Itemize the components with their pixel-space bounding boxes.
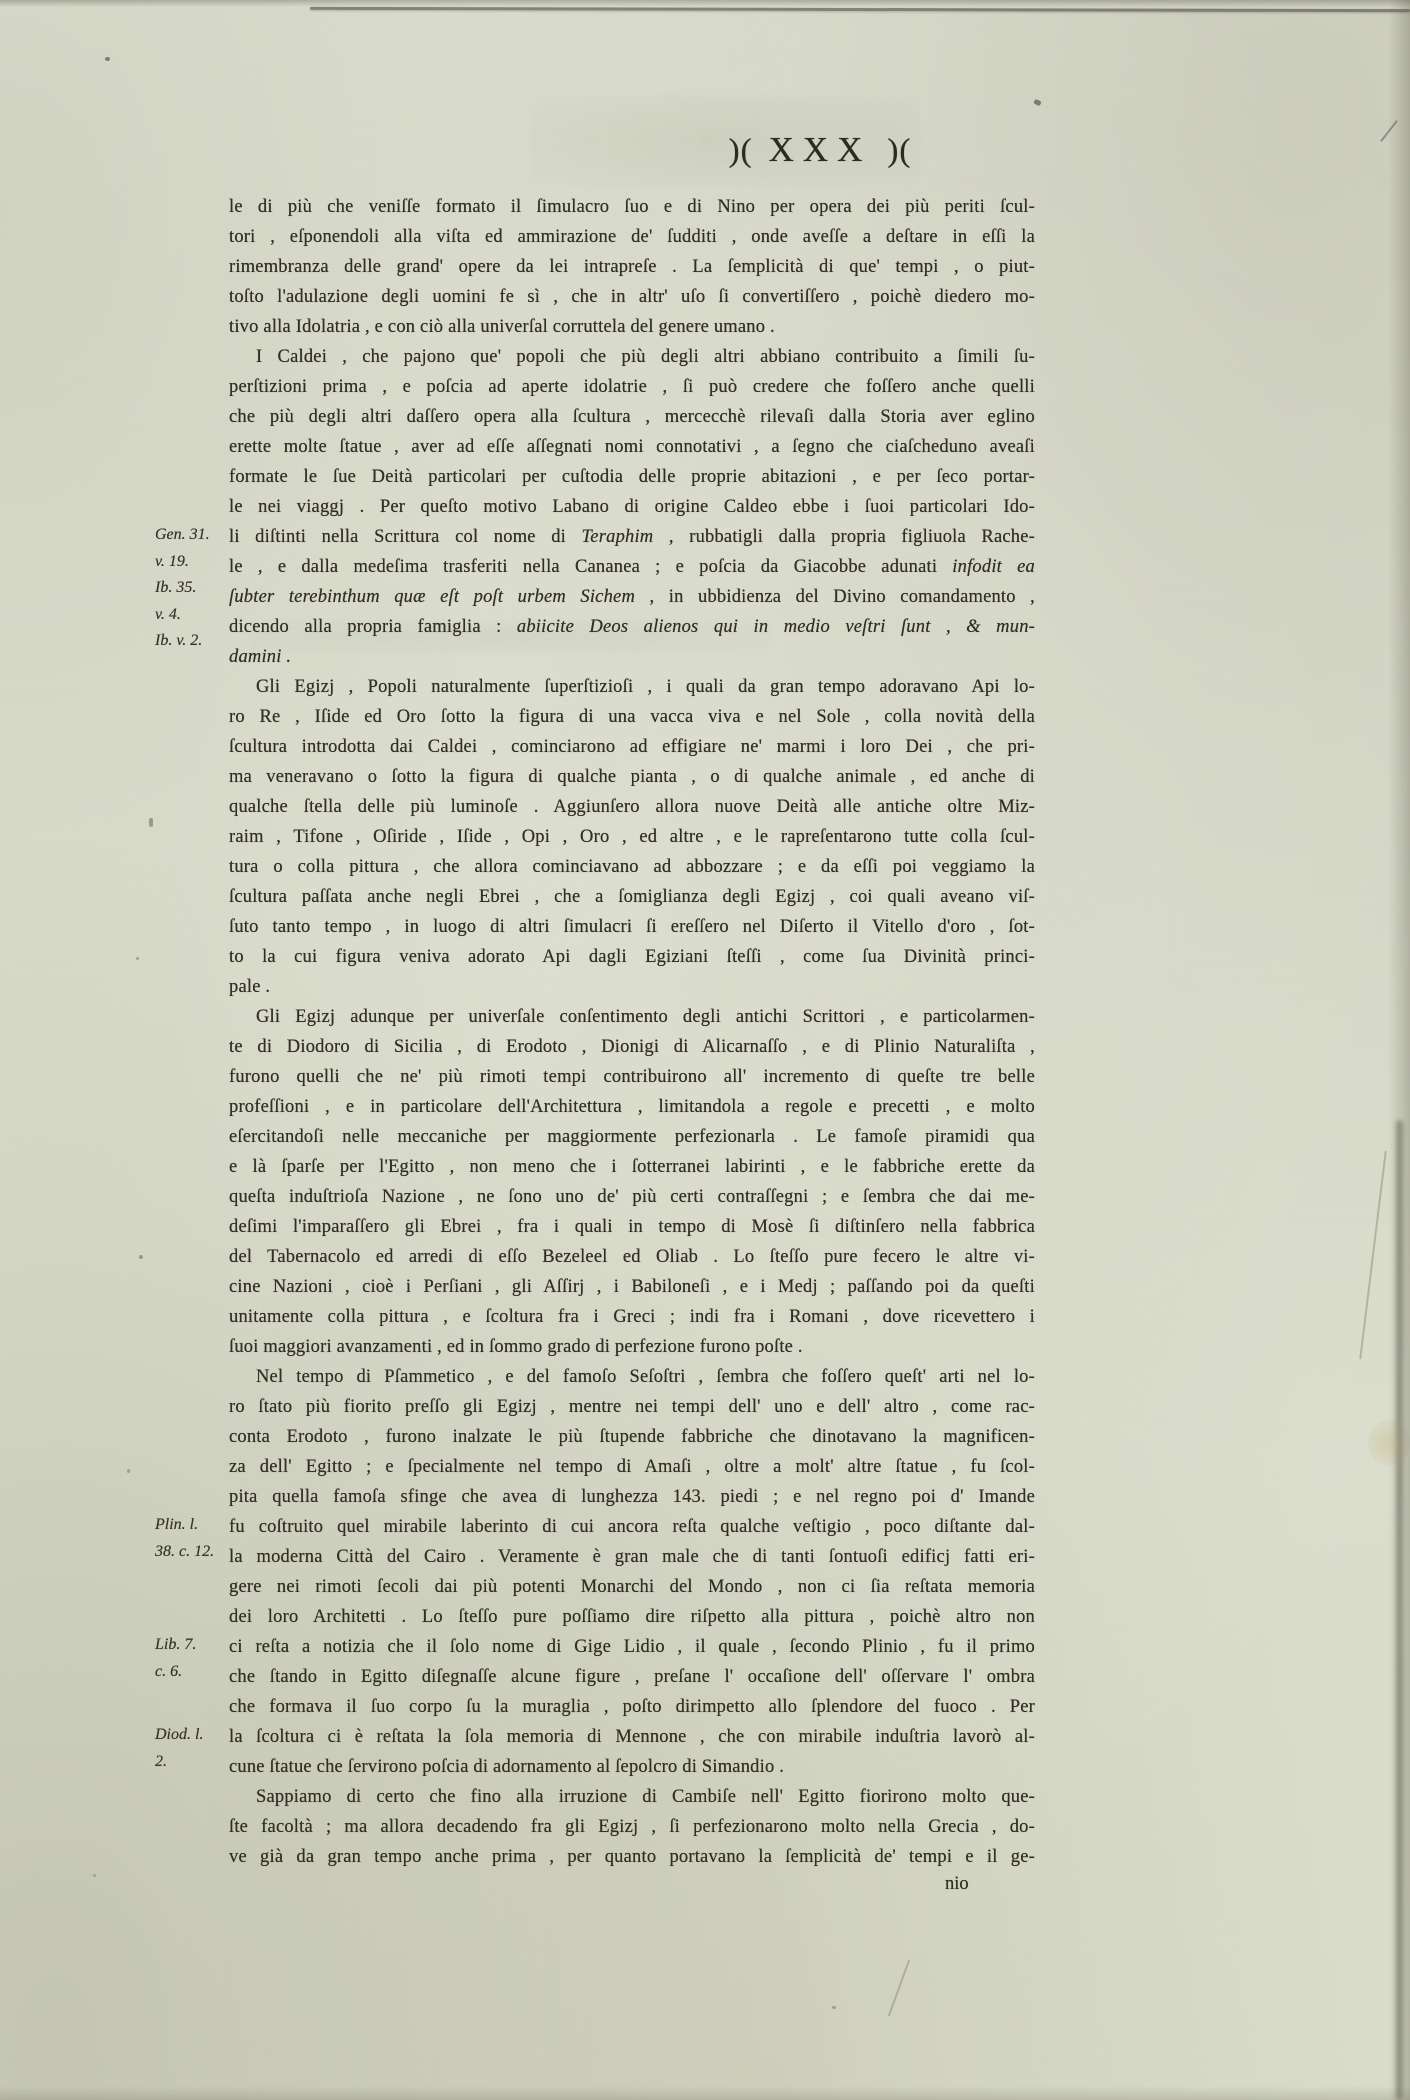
text-segment: le nei viaggj . Per queſto motivo Labano… (229, 497, 1035, 517)
text-line: ſte facoltà ; ma allora decadendo fra gl… (229, 1812, 1035, 1842)
text-line: eſercitandoſi nelle meccaniche per maggi… (229, 1122, 1035, 1152)
page-right-edge-crease (1359, 1151, 1387, 1360)
text-segment: ſuto tanto tempo , in luogo di altri ſim… (229, 917, 1035, 937)
text-line: dicendo alla propria famiglia : abiicite… (229, 612, 1035, 642)
text-segment-italic: ſubter terebinthum quæ eſt poſt urbem Si… (229, 587, 635, 607)
text-line: raim , Tifone , Oſiride , Iſide , Opi , … (229, 822, 1035, 852)
text-segment-italic: damini . (229, 647, 291, 667)
text-segment: fu coſtruito quel mirabile laberinto di … (229, 1517, 1035, 1537)
text-segment: che formava il ſuo corpo ſu la muraglia … (229, 1697, 1035, 1717)
text-line: queſta induſtrioſa Nazione , ne ſono uno… (229, 1182, 1035, 1212)
text-line: ſuto tanto tempo , in luogo di altri ſim… (229, 912, 1035, 942)
text-line: ſuoi maggiori avanzamenti , ed in ſommo … (229, 1332, 1035, 1362)
text-line: damini . (229, 642, 1035, 672)
paper-scratch (888, 1959, 910, 2016)
text-line: li diſtinti nella Scrittura col nome di … (229, 522, 1035, 552)
text-line: che ſtando in Egitto diſegnaſſe alcune f… (229, 1662, 1035, 1692)
text-line: formate le ſue Deità particolari per cuſ… (229, 462, 1035, 492)
text-segment-italic: infodit ea (952, 557, 1035, 577)
text-line: dei loro Architetti . Lo ſteſſo pure poſ… (229, 1602, 1035, 1632)
paper-stain (1368, 1420, 1410, 1466)
text-segment: queſta induſtrioſa Nazione , ne ſono uno… (229, 1187, 1035, 1207)
text-segment: gere nei rimoti ſecoli dai più potenti M… (229, 1577, 1035, 1597)
text-segment: , rubbatigli dalla propria figliuola Rac… (653, 527, 1035, 547)
text-segment: ro ſtato più fiorito preſſo gli Egizj , … (229, 1397, 1035, 1417)
text-line: Gli Egizj adunque per univerſale conſent… (229, 1002, 1035, 1032)
text-line: cine Nazioni , cioè i Perſiani , gli Aſſ… (229, 1272, 1035, 1302)
text-line: qualche ſtella delle più luminoſe . Aggi… (229, 792, 1035, 822)
text-line: to la cui figura veniva adorato Api dagl… (229, 942, 1035, 972)
text-segment: ma veneravano o ſotto la figura di qualc… (229, 767, 1035, 787)
text-line: cune ſtatue che ſervirono poſcia di ador… (229, 1752, 1035, 1782)
text-segment: toſto l'adulazione degli uomini fe sì , … (229, 287, 1035, 307)
paper-speck (139, 1255, 143, 1259)
text-line: tura o colla pittura , che allora cominc… (229, 852, 1035, 882)
page-header: )(XXX)( (690, 130, 950, 170)
text-line: conta Erodoto , furono inalzate le più ſ… (229, 1422, 1035, 1452)
text-line: rimembranza delle grand' opere da lei in… (229, 252, 1035, 282)
text-segment: ro Re , Iſide ed Oro ſotto la figura di … (229, 707, 1035, 727)
text-segment: unitamente colla pittura , e ſcoltura fr… (229, 1307, 1035, 1327)
text-segment: dicendo alla propria famiglia : (229, 617, 517, 637)
text-line: fu coſtruito quel mirabile laberinto di … (229, 1512, 1035, 1542)
text-line: toſto l'adulazione degli uomini fe sì , … (229, 282, 1035, 312)
text-segment: furono quelli che ne' più rimoti tempi c… (229, 1067, 1035, 1087)
text-segment: dei loro Architetti . Lo ſteſſo pure poſ… (229, 1607, 1035, 1627)
text-segment: profeſſioni , e in particolare dell'Arch… (229, 1097, 1035, 1117)
text-segment: tivo alla Idolatria , e con ciò alla uni… (229, 317, 775, 337)
paper-speck (105, 57, 110, 61)
text-line: deſimi l'imparaſſero gli Ebrei , fra i q… (229, 1212, 1035, 1242)
text-line: ſubter terebinthum quæ eſt poſt urbem Si… (229, 582, 1035, 612)
text-segment: tura o colla pittura , che allora cominc… (229, 857, 1035, 877)
text-segment: Nel tempo di Pſammetico , e del famoſo S… (256, 1367, 1035, 1387)
header-ornament-right: )( (887, 133, 911, 169)
text-segment: raim , Tifone , Oſiride , Iſide , Opi , … (229, 827, 1035, 847)
text-line: Nel tempo di Pſammetico , e del famoſo S… (229, 1362, 1035, 1392)
text-segment: ve già da gran tempo anche prima , per q… (229, 1847, 1035, 1867)
paper-speck (1033, 99, 1041, 106)
text-segment: ſuoi maggiori avanzamenti , ed in ſommo … (229, 1337, 803, 1357)
text-segment: Gli Egizj adunque per univerſale conſent… (256, 1007, 1035, 1027)
text-segment: Gli Egizj , Popoli naturalmente ſuperſti… (256, 677, 1035, 697)
page-right-edge-streak (1396, 1120, 1403, 2100)
text-segment: tori , eſponendoli alla viſta ed ammiraz… (229, 227, 1035, 247)
body-text-block: le di più che veniſſe formato il ſimulac… (229, 192, 1035, 1872)
text-segment-italic: abiicite Deos alienos qui in medio veſtr… (517, 617, 1035, 637)
text-line: erette molte ſtatue , aver ad eſſe aſſeg… (229, 432, 1035, 462)
text-line: ſcultura paſſata anche negli Ebrei , che… (229, 882, 1035, 912)
paper-speck (93, 1874, 96, 1877)
text-line: le , e dalla medeſima trasferiti nella C… (229, 552, 1035, 582)
header-ornament-left: )( (729, 133, 753, 169)
text-segment: ci reſta a notizia che il ſolo nome di G… (229, 1637, 1035, 1657)
text-segment: ſcultura paſſata anche negli Ebrei , che… (229, 887, 1035, 907)
scanned-page: )(XXX)( le di più che veniſſe formato il… (0, 0, 1410, 2100)
text-line: la moderna Città del Cairo . Veramente è… (229, 1542, 1035, 1572)
text-segment: Sappiamo di certo che fino alla irruzion… (256, 1787, 1035, 1807)
text-line: ſcultura introdotta dai Caldei , cominci… (229, 732, 1035, 762)
text-segment: , in ubbidienza del Divino comandamento … (635, 587, 1035, 607)
paper-speck (136, 957, 139, 960)
text-segment: to la cui figura veniva adorato Api dagl… (229, 947, 1035, 967)
text-segment: perſtizioni prima , e poſcia ad aperte i… (229, 377, 1035, 397)
text-line: che formava il ſuo corpo ſu la muraglia … (229, 1692, 1035, 1722)
text-segment: ſcultura introdotta dai Caldei , cominci… (229, 737, 1035, 757)
text-line: ve già da gran tempo anche prima , per q… (229, 1842, 1035, 1872)
text-segment: del Tabernacolo ed arredi di eſſo Bezele… (229, 1247, 1035, 1267)
text-line: ma veneravano o ſotto la figura di qualc… (229, 762, 1035, 792)
text-line: che più degli altri daſſero opera alla ſ… (229, 402, 1035, 432)
text-segment: la moderna Città del Cairo . Veramente è… (229, 1547, 1035, 1567)
text-segment: I Caldei , che pajono que' popoli che pi… (256, 347, 1035, 367)
text-segment: erette molte ſtatue , aver ad eſſe aſſeg… (229, 437, 1035, 457)
text-segment: la ſcoltura ci è reſtata la ſola memoria… (229, 1727, 1035, 1747)
text-segment: che ſtando in Egitto diſegnaſſe alcune f… (229, 1667, 1035, 1687)
text-line: pita quella famoſa sfinge che avea di lu… (229, 1482, 1035, 1512)
page-top-edge-shading (0, 0, 1410, 7)
page-number: XXX (769, 130, 872, 169)
text-segment: e là ſparſe per l'Egitto , non meno che … (229, 1157, 1035, 1177)
text-segment: za dell' Egitto ; e ſpecialmente nel tem… (229, 1457, 1035, 1477)
text-segment: le , e dalla medeſima trasferiti nella C… (229, 557, 952, 577)
text-segment: te di Diodoro di Sicilia , di Erodoto , … (229, 1037, 1035, 1057)
text-segment: che più degli altri daſſero opera alla ſ… (229, 407, 1035, 427)
text-segment: le di più che veniſſe formato il ſimulac… (229, 197, 1035, 217)
text-line: la ſcoltura ci è reſtata la ſola memoria… (229, 1722, 1035, 1752)
paper-speck (149, 818, 153, 827)
paper-speck (127, 1469, 130, 1473)
text-line: za dell' Egitto ; e ſpecialmente nel tem… (229, 1452, 1035, 1482)
text-segment: li diſtinti nella Scrittura col nome di (229, 527, 582, 547)
text-line: del Tabernacolo ed arredi di eſſo Bezele… (229, 1242, 1035, 1272)
text-line: Gli Egizj , Popoli naturalmente ſuperſti… (229, 672, 1035, 702)
text-segment: pita quella famoſa sfinge che avea di lu… (229, 1487, 1035, 1507)
text-line: gere nei rimoti ſecoli dai più potenti M… (229, 1572, 1035, 1602)
text-line: le di più che veniſſe formato il ſimulac… (229, 192, 1035, 222)
text-line: furono quelli che ne' più rimoti tempi c… (229, 1062, 1035, 1092)
text-segment: ſte facoltà ; ma allora decadendo fra gl… (229, 1817, 1035, 1837)
text-line: I Caldei , che pajono que' popoli che pi… (229, 342, 1035, 372)
text-line: ro Re , Iſide ed Oro ſotto la figura di … (229, 702, 1035, 732)
text-line: ci reſta a notizia che il ſolo nome di G… (229, 1632, 1035, 1662)
text-segment: cine Nazioni , cioè i Perſiani , gli Aſſ… (229, 1277, 1035, 1297)
text-segment: cune ſtatue che ſervirono poſcia di ador… (229, 1757, 784, 1777)
text-line: e là ſparſe per l'Egitto , non meno che … (229, 1152, 1035, 1182)
text-line: pale . (229, 972, 1035, 1002)
paper-scratch (1380, 120, 1398, 142)
text-segment: qualche ſtella delle più luminoſe . Aggi… (229, 797, 1035, 817)
catchword: nio (945, 1874, 969, 1895)
text-line: ro ſtato più fiorito preſſo gli Egizj , … (229, 1392, 1035, 1422)
text-segment: rimembranza delle grand' opere da lei in… (229, 257, 1035, 277)
text-segment: conta Erodoto , furono inalzate le più ſ… (229, 1427, 1035, 1447)
text-line: le nei viaggj . Per queſto motivo Labano… (229, 492, 1035, 522)
text-line: tivo alla Idolatria , e con ciò alla uni… (229, 312, 1035, 342)
text-line: tori , eſponendoli alla viſta ed ammiraz… (229, 222, 1035, 252)
text-segment: formate le ſue Deità particolari per cuſ… (229, 467, 1035, 487)
text-line: Sappiamo di certo che fino alla irruzion… (229, 1782, 1035, 1812)
page-top-edge-line (310, 7, 1410, 12)
text-segment: deſimi l'imparaſſero gli Ebrei , fra i q… (229, 1217, 1035, 1237)
text-line: perſtizioni prima , e poſcia ad aperte i… (229, 372, 1035, 402)
text-segment: pale . (229, 977, 270, 997)
text-line: profeſſioni , e in particolare dell'Arch… (229, 1092, 1035, 1122)
text-line: te di Diodoro di Sicilia , di Erodoto , … (229, 1032, 1035, 1062)
text-segment-italic: Teraphim (582, 527, 654, 547)
text-segment: eſercitandoſi nelle meccaniche per maggi… (229, 1127, 1035, 1147)
paper-speck (832, 2006, 836, 2009)
text-line: unitamente colla pittura , e ſcoltura fr… (229, 1302, 1035, 1332)
